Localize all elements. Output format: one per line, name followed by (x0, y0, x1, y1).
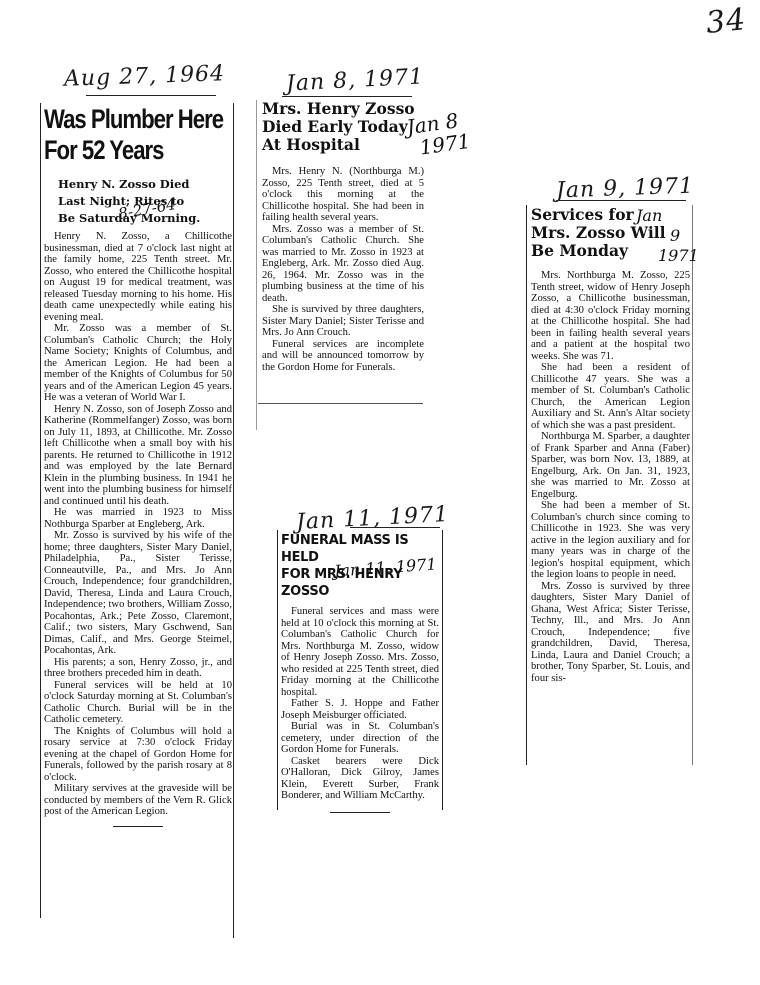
column-rule (256, 100, 257, 430)
handwritten-date-1964: Aug 27, 1964 (64, 61, 226, 92)
paragraph: Mrs. Zosso was a member of St. Columban'… (262, 224, 424, 305)
paragraph: She had been a resident of Chillicothe 4… (531, 362, 690, 431)
column-rule (40, 103, 41, 918)
paragraph: The Knights of Columbus will hold a rosa… (44, 726, 232, 784)
rule (282, 96, 412, 97)
clipping-died-early: Mrs. Henry Zosso Died Early Today At Hos… (262, 100, 424, 373)
paragraph: Military servives at the graveside will … (44, 783, 232, 818)
article-body: Henry N. Zosso, a Chillicothe businessma… (44, 231, 232, 818)
headline-line: At Hospital (262, 136, 424, 154)
column-rule (442, 530, 443, 810)
handwritten-date-jan8: Jan 8, 1971 (285, 64, 424, 96)
paragraph: Northburga M. Sparber, a daughter of Fra… (531, 431, 690, 500)
margin-note: Jan 8 1971 (405, 108, 471, 160)
paragraph: Funeral services are incomplete and will… (262, 339, 424, 374)
clipping-services-monday: Services for Mrs. Zosso Will Be Monday M… (531, 206, 690, 684)
headline-line: Died Early Today (262, 118, 424, 136)
column-rule (526, 205, 527, 765)
rule (350, 527, 440, 528)
paragraph: Mr. Zosso was a member of St. Columban's… (44, 323, 232, 404)
column-rule (277, 530, 278, 810)
paragraph: His parents; a son, Henry Zosso, jr., an… (44, 657, 232, 680)
paragraph: Henry N. Zosso, son of Joseph Zosso and … (44, 404, 232, 508)
paragraph: Burial was in St. Columban's cemetery, u… (281, 721, 439, 756)
margin-note: Jan 9 1971 (636, 206, 699, 266)
paragraph: Mrs. Northburga M. Zosso, 225 Tenth stre… (531, 270, 690, 362)
end-rule (258, 403, 423, 404)
paragraph: She is survived by three daughters, Sist… (262, 304, 424, 339)
paragraph: She had been a member of St. Columban's … (531, 500, 690, 581)
column-rule (233, 103, 234, 938)
paragraph: Father S. J. Hoppe and Father Joseph Mei… (281, 698, 439, 721)
paragraph: Henry N. Zosso, a Chillicothe businessma… (44, 231, 232, 323)
article-body: Mrs. Northburga M. Zosso, 225 Tenth stre… (531, 270, 690, 684)
end-rule (113, 826, 163, 827)
paragraph: Mrs. Zosso is survived by three daughter… (531, 581, 690, 685)
article-body: Funeral services and mass were held at 1… (281, 606, 439, 802)
paragraph: Mr. Zosso is survived by his wife of the… (44, 530, 232, 657)
handwritten-date-jan9: Jan 9, 1971 (556, 174, 695, 204)
margin-note-line: 1971 (658, 246, 699, 266)
headline-line: For 52 Years (44, 135, 198, 166)
paragraph: Funeral services will be held at 10 o'cl… (44, 680, 232, 726)
page-number: 34 (704, 2, 748, 41)
margin-note-line: 9 (670, 226, 699, 246)
rule (86, 95, 216, 96)
deck-line: Henry N. Zosso Died (58, 176, 232, 193)
margin-note-line: Jan (636, 206, 699, 226)
headline-line: Mrs. Henry Zosso (262, 100, 424, 118)
paragraph: Casket bearers were Dick O'Halloran, Dic… (281, 756, 439, 802)
margin-note-line: 1971 (418, 130, 471, 159)
rule (556, 200, 686, 201)
column-rule (692, 205, 693, 765)
paragraph: Mrs. Henry N. (Northburga M.) Zosso, 225… (262, 166, 424, 224)
end-rule (330, 812, 390, 813)
headline-line: Was Plumber Here (44, 104, 198, 135)
handwritten-date-jan11: Jan 11, 1971 (295, 502, 449, 535)
article-body: Mrs. Henry N. (Northburga M.) Zosso, 225… (262, 166, 424, 373)
paragraph: Funeral services and mass were held at 1… (281, 606, 439, 698)
paragraph: He was married in 1923 to Miss Nothburga… (44, 507, 232, 530)
